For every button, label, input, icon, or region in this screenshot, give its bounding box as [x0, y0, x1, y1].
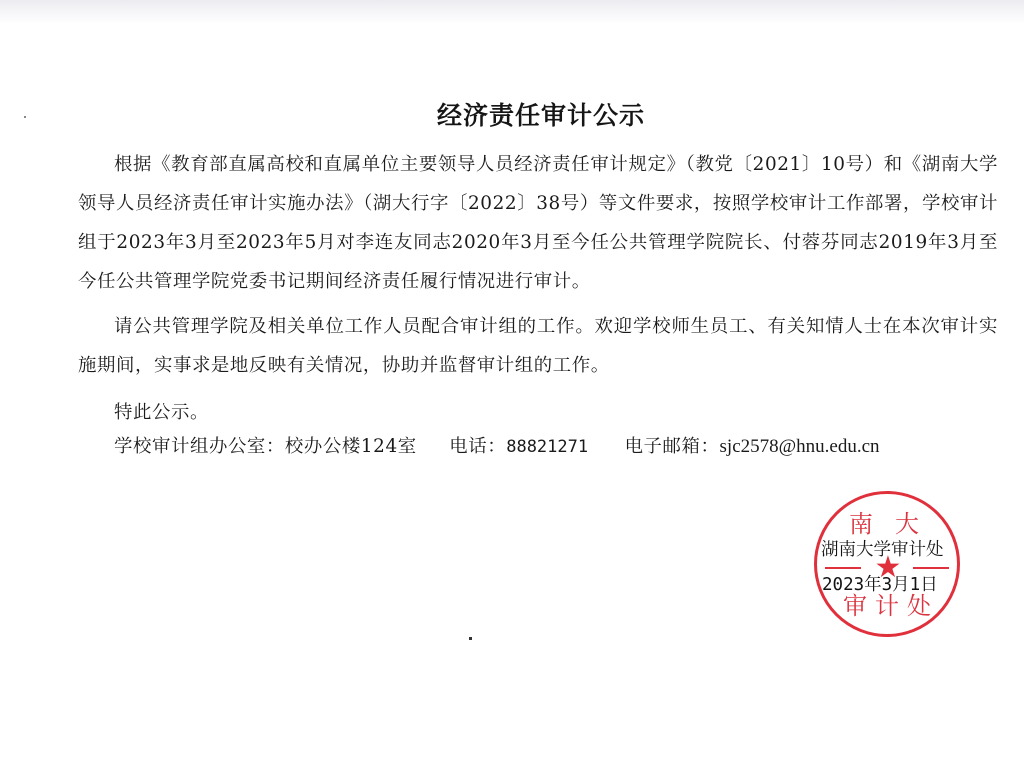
seal-line-right [913, 567, 949, 569]
paragraph-audit-basis: 根据《教育部直属高校和直属单位主要领导人员经济责任审计规定》（教党〔2021〕1… [78, 145, 998, 301]
email-label: 电子邮箱： [625, 432, 720, 462]
seal-top-text: 南大 [817, 504, 957, 539]
contact-line: 学校审计组办公室：校办公楼124室 电话：88821271 电子邮箱：sjc25… [114, 432, 880, 462]
seal-line-left [825, 567, 861, 569]
scan-speck [469, 637, 472, 640]
paragraph-cooperation-request: 请公共管理学院及相关单位工作人员配合审计组的工作。欢迎学校师生员工、有关知情人士… [78, 307, 998, 385]
email-link[interactable]: 电子邮箱：sjc2578@hnu.edu.cn [625, 432, 880, 462]
phone-label: 电话： [449, 432, 506, 462]
office-label: 学校审计组办公室： [114, 432, 285, 462]
document-title: 经济责任审计公示 [0, 96, 1024, 132]
signature-date: 2023年3月1日 [822, 571, 938, 596]
email-address: sjc2578@hnu.edu.cn [720, 432, 880, 462]
phone-value: 88821271 [506, 432, 588, 462]
scan-edge-shade [0, 0, 1024, 24]
paragraph-closing: 特此公示。 [78, 393, 998, 432]
official-seal: 南大 ★ 审计处 [814, 491, 960, 637]
office-value: 校办公楼124室 [285, 432, 417, 462]
signature-organization: 湖南大学审计处 [821, 536, 944, 561]
